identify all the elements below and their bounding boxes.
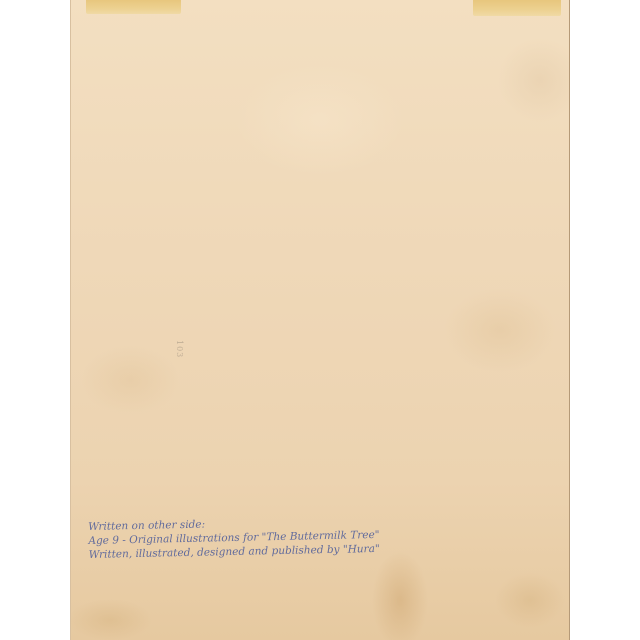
photo-stage: 103 Written on other side: Age 9 - Origi… [0,0,640,640]
pencil-number-mark: 103 [175,340,184,358]
handwritten-inscription: Written on other side: Age 9 - Original … [88,511,529,562]
tape-strip-left [86,0,181,14]
paper-sheet: 103 Written on other side: Age 9 - Origi… [70,0,570,640]
tape-strip-right [473,0,561,16]
